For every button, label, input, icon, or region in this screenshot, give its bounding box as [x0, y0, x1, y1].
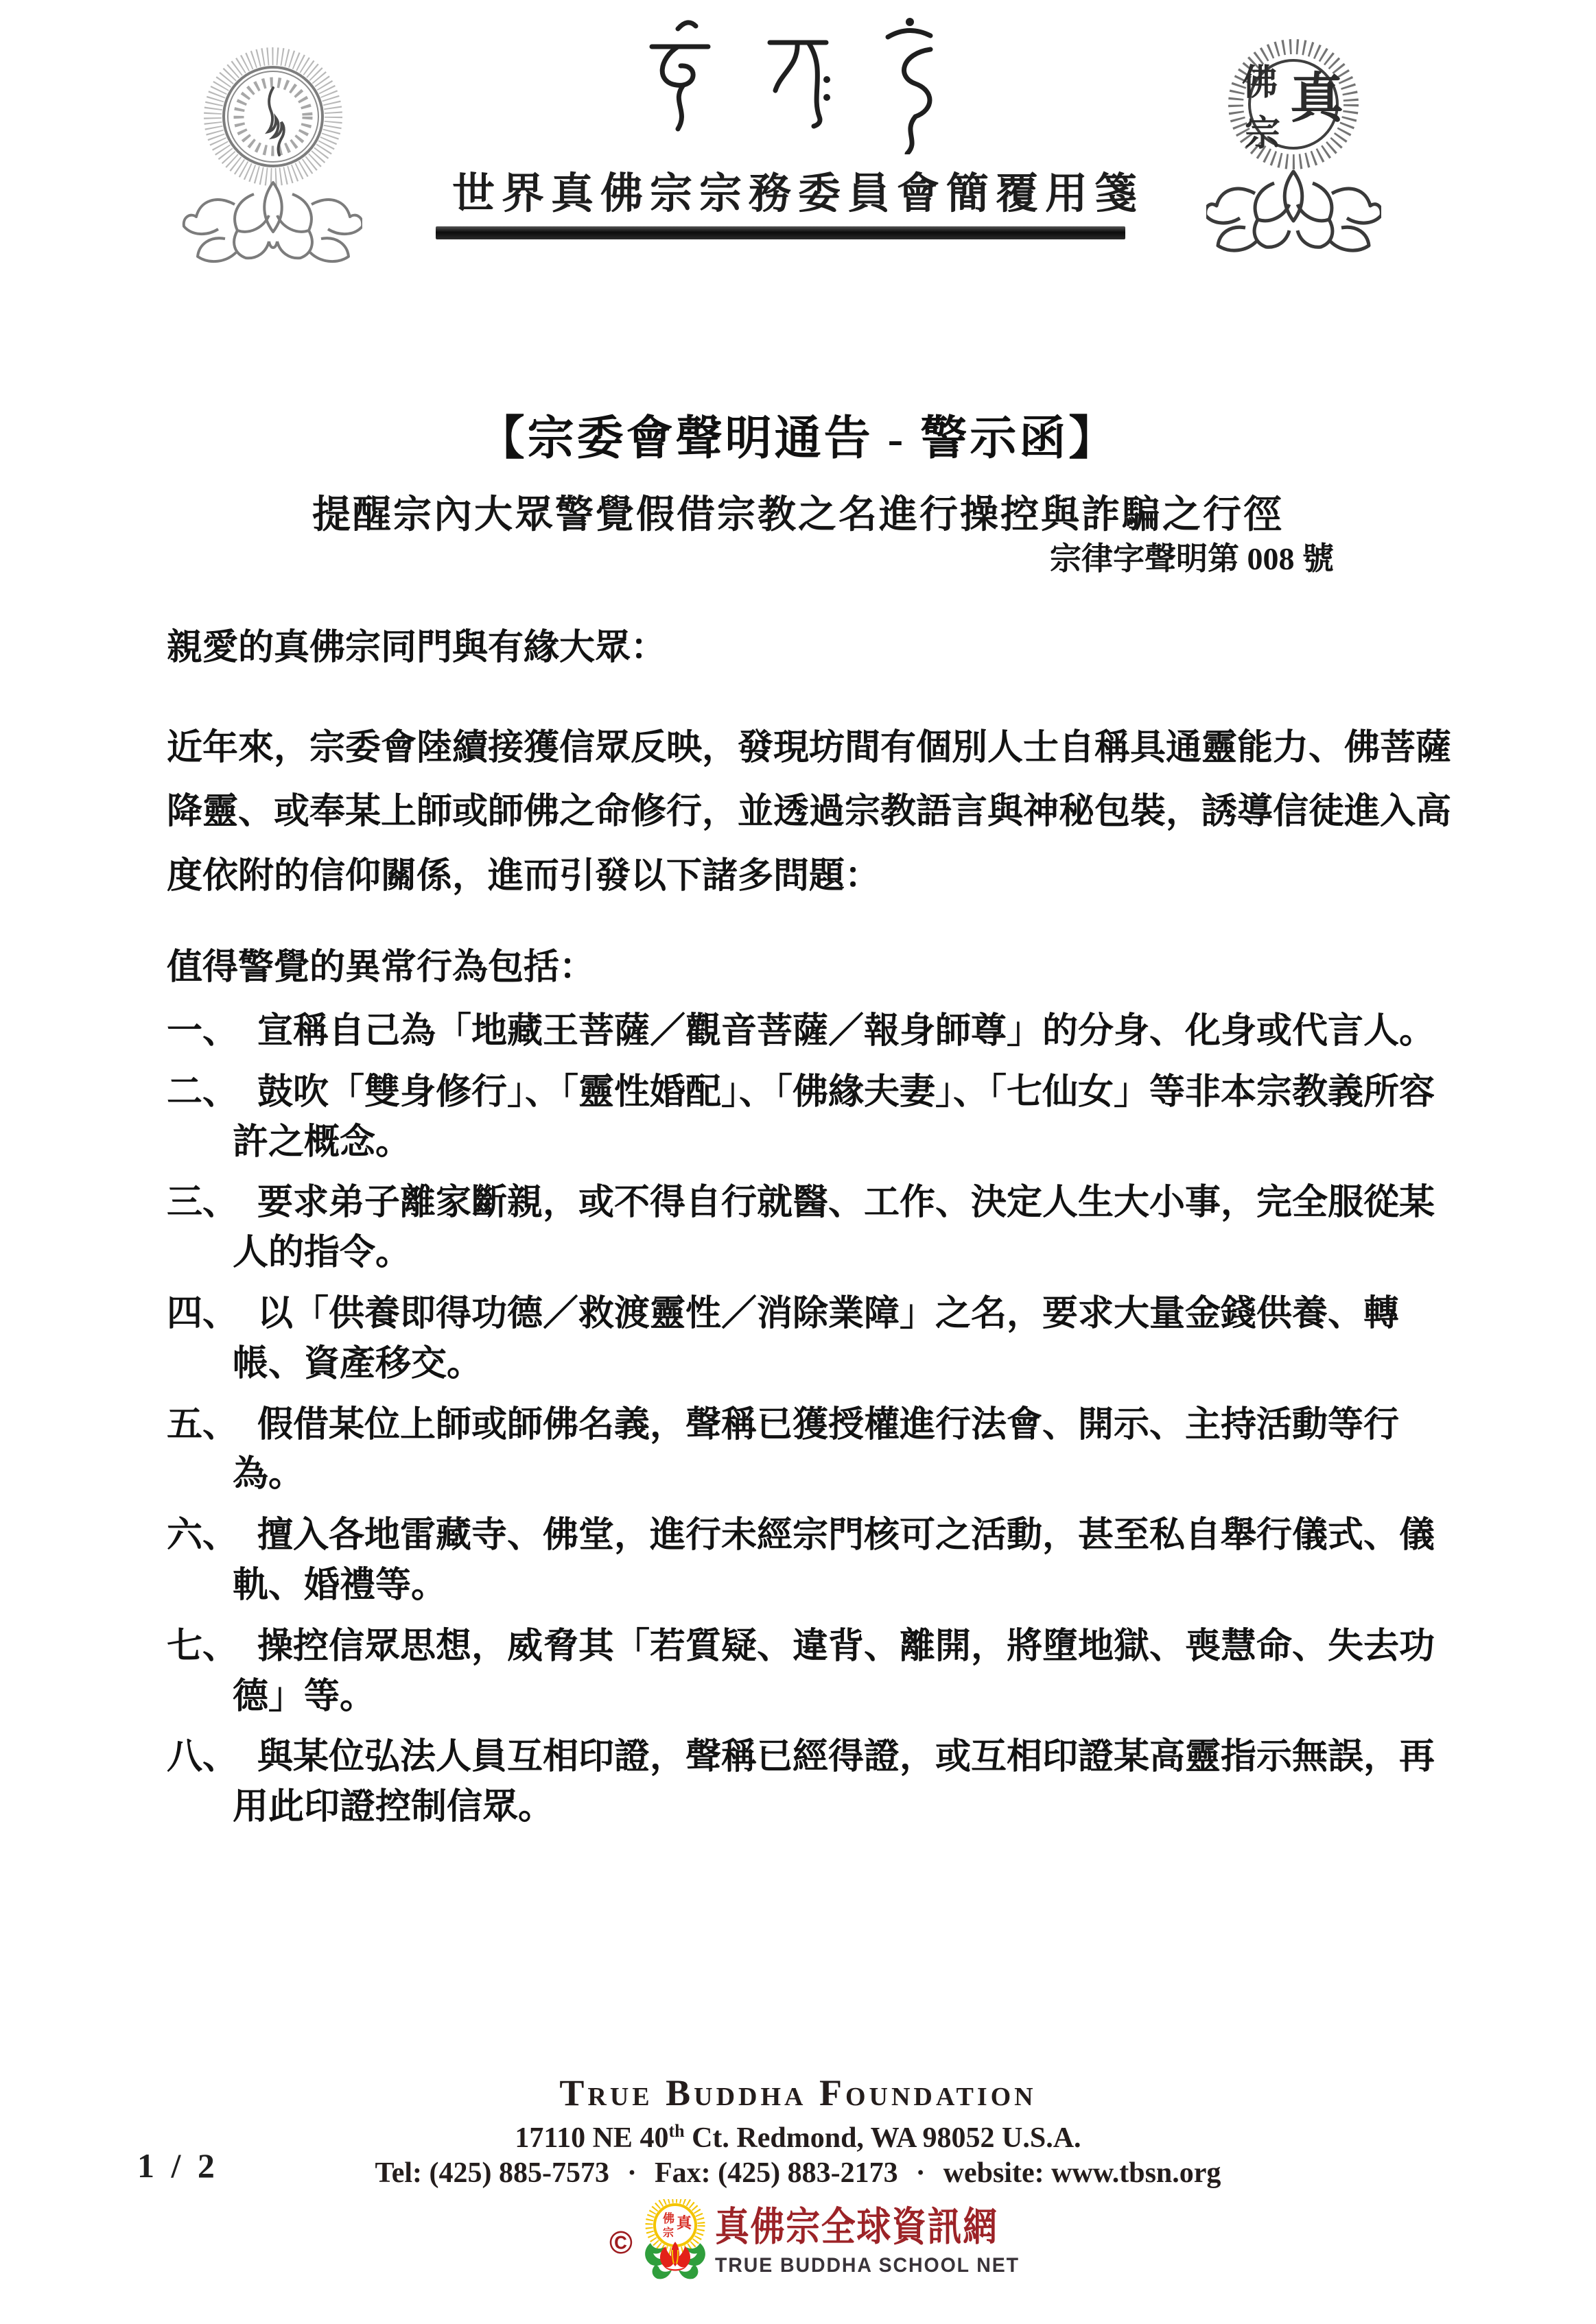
list-item: 三、要求弟子離家斷親，或不得自行就醫、工作、決定人生大小事，完全服從某人的指令。 [167, 1178, 1453, 1279]
letterhead-divider [436, 226, 1125, 239]
footer-address: 17110 NE 40th Ct. Redmond, WA 98052 U.S.… [0, 2121, 1596, 2155]
item-number: 八、 [167, 1738, 238, 1777]
item-number: 三、 [167, 1183, 238, 1222]
footer-address-ordinal: th [668, 2121, 684, 2141]
item-text: 要求弟子離家斷親，或不得自行就醫、工作、決定人生大小事，完全服從某人的指令。 [233, 1183, 1435, 1272]
footer-address-rest: Ct. Redmond, WA 98052 U.S.A. [685, 2122, 1081, 2154]
item-text: 擅入各地雷藏寺、佛堂，進行未經宗門核可之活動，甚至私自舉行儀式、儀軌、婚禮等。 [233, 1516, 1435, 1605]
footer-tel: Tel: (425) 885-7573 [375, 2157, 609, 2189]
seed-syllable-script-icons [638, 14, 948, 154]
document-page: 世界真佛宗宗務委員會簡覆用箋 佛 真 宗 [0, 0, 1596, 2324]
separator-dot: · [916, 2157, 926, 2189]
tbsn-english-name: TRUE BUDDHA SCHOOL NET [715, 2254, 1028, 2277]
item-number: 六、 [167, 1516, 238, 1555]
list-item: 八、與某位弘法人員互相印證，聲稱已經得證，或互相印證某高靈指示無誤，再用此印證控… [167, 1733, 1453, 1833]
list-item: 四、以「供養即得功德／救渡靈性／消除業障」之名，要求大量金錢供養、轉帳、資產移交… [167, 1290, 1453, 1390]
salutation: 親愛的真佛宗同門與有緣大眾： [167, 616, 1453, 680]
item-number: 二、 [167, 1073, 238, 1112]
separator-dot: · [627, 2157, 637, 2189]
footer-website: website: www.tbsn.org [943, 2157, 1221, 2189]
notice-subtitle: 提醒宗內大眾警覺假借宗教之名進行操控與詐騙之行徑 [0, 484, 1596, 539]
seal-char-fo: 佛 [663, 2212, 674, 2225]
item-text: 鼓吹「雙身修行」、「靈性婚配」、「佛緣夫妻」、「七仙女」等非本宗教義所容許之概念… [233, 1073, 1435, 1162]
tbsn-chinese-name: 真佛宗全球資訊網 [715, 2203, 998, 2251]
item-number: 七、 [167, 1627, 238, 1666]
list-item: 二、鼓吹「雙身修行」、「靈性婚配」、「佛緣夫妻」、「七仙女」等非本宗教義所容許之… [167, 1068, 1453, 1168]
footer-contact-line: Tel: (425) 885-7573·Fax: (425) 883-2173·… [0, 2157, 1596, 2190]
intro-paragraph: 近年來，宗委會陸續接獲信眾反映，發現坊間有個別人士自稱具通靈能力、佛菩薩降靈、或… [167, 716, 1453, 909]
notice-reference-number: 宗律字聲明第 008 號 [1050, 534, 1334, 579]
seal-char-zhen: 真 [677, 2214, 692, 2231]
right-seal-char-zong: 宗 [1245, 114, 1280, 154]
tbsn-logo-text: 真佛宗全球資訊網 TRUE BUDDHA SCHOOL NET [715, 2203, 1044, 2277]
item-text: 宣稱自己為「地藏王菩薩／觀音菩薩／報身師尊」的分身、化身或代言人。 [257, 1012, 1435, 1051]
item-number: 一、 [167, 1012, 238, 1051]
left-lotus-sun-seal-icon [177, 33, 362, 273]
footer-fax: Fax: (425) 883-2173 [655, 2157, 898, 2189]
seal-char-zong: 宗 [663, 2226, 674, 2239]
notice-heading: 【宗委會聲明通告 - 警示函】 提醒宗內大眾警覺假借宗教之名進行操控與詐騙之行徑 [0, 401, 1596, 539]
item-text: 假借某位上師或師佛名義，聲稱已獲授權進行法會、開示、主持活動等行為。 [233, 1406, 1399, 1495]
seed-syllable-ah-icon [760, 14, 836, 130]
list-item: 七、操控信眾思想，威脅其「若質疑、違背、離開，將墮地獄、喪慧命、失去功德」等。 [167, 1622, 1453, 1722]
tbsn-lotus-seal-icon: 佛 真 宗 [642, 2199, 708, 2284]
list-intro: 值得警覺的異常行為包括： [167, 936, 1453, 1000]
footer-address-number: 17110 NE 40 [515, 2122, 668, 2154]
item-text: 與某位弘法人員互相印證，聲稱已經得證，或互相印證某高靈指示無誤，再用此印證控制信… [233, 1738, 1435, 1827]
seed-syllable-om-icon [638, 14, 720, 134]
list-item: 六、擅入各地雷藏寺、佛堂，進行未經宗門核可之活動，甚至私自舉行儀式、儀軌、婚禮等… [167, 1511, 1453, 1611]
right-seal-char-zhen: 真 [1290, 69, 1346, 128]
list-item: 五、假借某位上師或師佛名義，聲稱已獲授權進行法會、開示、主持活動等行為。 [167, 1401, 1453, 1501]
item-text: 操控信眾思想，威脅其「若質疑、違背、離開，將墮地獄、喪慧命、失去功德」等。 [233, 1627, 1435, 1716]
tbsn-site-logo: © 佛 真 宗 [609, 2199, 1044, 2284]
seed-syllable-hum-icon [876, 14, 948, 154]
item-text: 以「供養即得功德／救渡靈性／消除業障」之名，要求大量金錢供養、轉帳、資產移交。 [233, 1294, 1399, 1384]
list-item: 一、宣稱自己為「地藏王菩薩／觀音菩薩／報身師尊」的分身、化身或代言人。 [167, 1007, 1453, 1057]
notice-title: 【宗委會聲明通告 - 警示函】 [0, 401, 1596, 468]
copyright-icon: © [609, 2224, 633, 2261]
right-true-buddha-seal-icon: 佛 真 宗 [1206, 29, 1381, 269]
letter-body: 親愛的真佛宗同門與有緣大眾： 近年來，宗委會陸續接獲信眾反映，發現坊間有個別人士… [167, 616, 1453, 1844]
item-number: 五、 [167, 1406, 238, 1445]
right-seal-char-fo: 佛 [1242, 63, 1278, 103]
footer-organization-name: True Buddha Foundation [0, 2072, 1596, 2114]
item-number: 四、 [167, 1294, 238, 1333]
